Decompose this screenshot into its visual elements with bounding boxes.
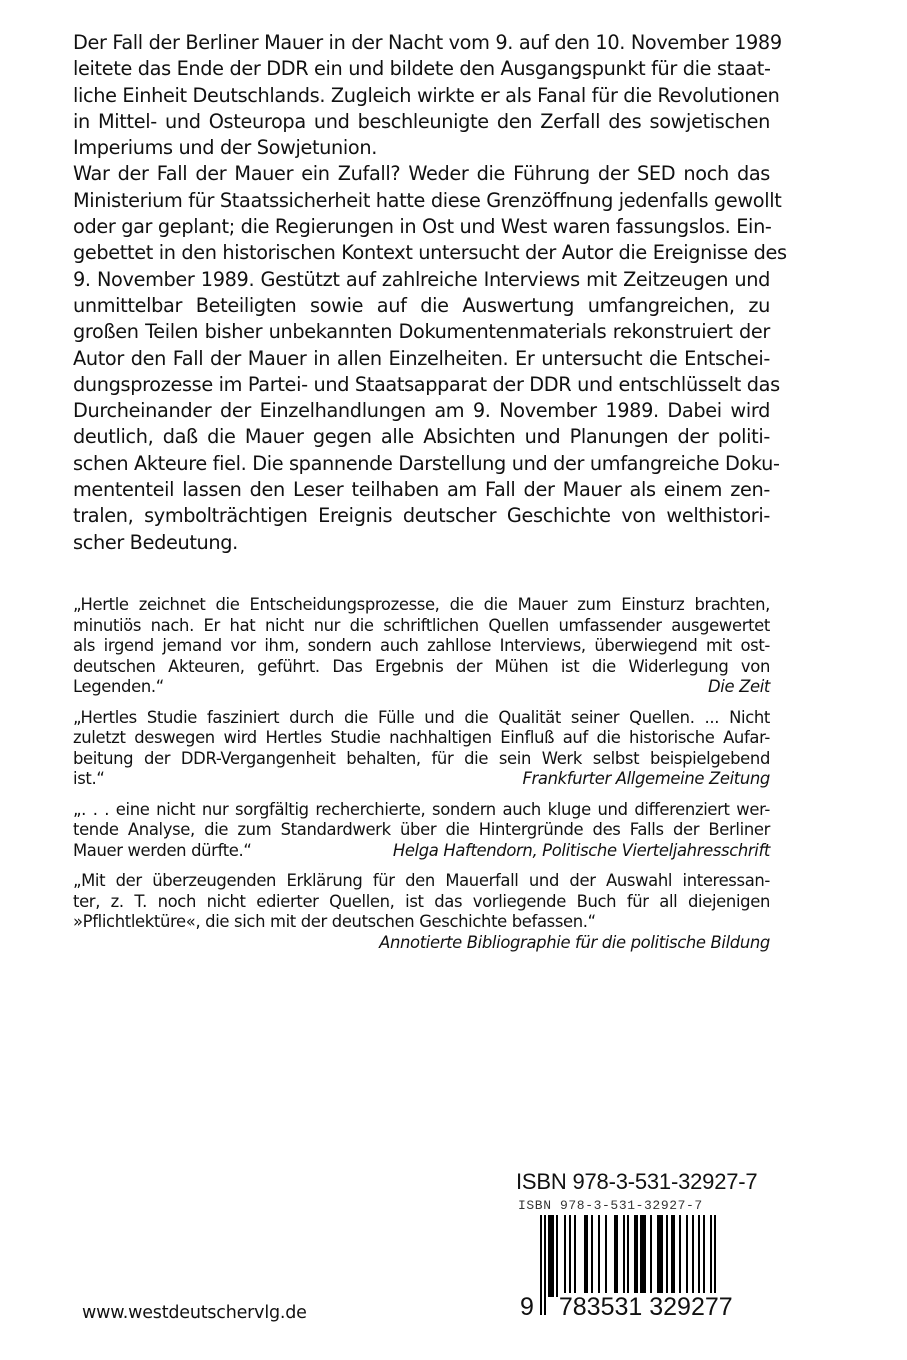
isbn-label: ISBN 978-3-531-32927-7 <box>516 1169 757 1195</box>
barcode-digits: 9 783531 329277 <box>519 1293 734 1322</box>
description-line: Imperiums und der Sowjetunion. <box>73 135 770 161</box>
review-line: »Pflichtlektüre«, die sich mit der deuts… <box>73 912 770 933</box>
review-bibliographie: „Mit der überzeugenden Erklärung für den… <box>73 871 770 953</box>
description-line: oder gar geplant; die Regierungen in Ost… <box>73 214 770 240</box>
description-line: leitete das Ende der DDR ein und bildete… <box>73 56 770 82</box>
review-die-zeit: „Hertle zeichnet die Entscheidungsprozes… <box>73 595 770 698</box>
review-line: „. . . eine nicht nur sorgfältig recherc… <box>73 800 770 821</box>
description-line: deutlich, daß die Mauer gegen alle Absic… <box>73 424 770 450</box>
review-last-row: ist.“ Frankfurter Allgemeine Zeitung <box>73 769 770 790</box>
review-source: Die Zeit <box>708 677 770 698</box>
description-line: Durcheinander der Einzelhandlungen am 9.… <box>73 398 770 424</box>
description-line: mententeil lassen den Leser teilhaben am… <box>73 477 770 503</box>
description-line: unmittelbar Beteiligten sowie auf die Au… <box>73 293 770 319</box>
review-line: beitung der DDR-Vergangenheit behalten, … <box>73 749 770 770</box>
review-line: Legenden.“ <box>73 677 164 698</box>
review-line: minutiös nach. Er hat nicht nur die schr… <box>73 616 770 637</box>
description-line: gebettet in den historischen Kontext unt… <box>73 240 770 266</box>
review-source: Helga Haftendorn, Politische Vierteljahr… <box>393 841 770 862</box>
description-line: scher Bedeutung. <box>73 530 770 556</box>
review-line: „Hertle zeichnet die Entscheidungsprozes… <box>73 595 770 616</box>
review-last-row: Legenden.“ Die Zeit <box>73 677 770 698</box>
review-last-row: Mauer werden dürfte.“ Helga Haftendorn, … <box>73 841 770 862</box>
description-line: liche Einheit Deutschlands. Zugleich wir… <box>73 83 770 109</box>
description-line: Autor den Fall der Mauer in allen Einzel… <box>73 346 770 372</box>
review-line: deutschen Akteuren, geführt. Das Ergebni… <box>73 657 770 678</box>
description-line: in Mittel- und Osteuropa und beschleunig… <box>73 109 770 135</box>
review-line: zuletzt deswegen wird Hertles Studie nac… <box>73 728 770 749</box>
review-haftendorn: „. . . eine nicht nur sorgfältig recherc… <box>73 800 770 862</box>
description-line: Ministerium für Staatssicherheit hatte d… <box>73 188 770 214</box>
review-line: „Hertles Studie fasziniert durch die Fül… <box>73 708 770 729</box>
review-line: Mauer werden dürfte.“ <box>73 841 252 862</box>
review-line: ter, z. T. noch nicht edierter Quellen, … <box>73 892 770 913</box>
review-source: Frankfurter Allgemeine Zeitung <box>522 769 770 790</box>
barcode-digits-rest: 783531 329277 <box>558 1293 734 1321</box>
review-line: ist.“ <box>73 769 104 790</box>
isbn-machine-label: ISBN 978-3-531-32927-7 <box>518 1198 703 1213</box>
description-line: tralen, symbolträchtigen Ereignis deutsc… <box>73 503 770 529</box>
review-line: tende Analyse, die zum Standardwerk über… <box>73 820 770 841</box>
publisher-url[interactable]: www.westdeutschervlg.de <box>82 1303 307 1323</box>
review-line: „Mit der überzeugenden Erklärung für den… <box>73 871 770 892</box>
review-line: als irgend jemand vor ihm, sondern auch … <box>73 636 770 657</box>
book-description: Der Fall der Berliner Mauer in der Nacht… <box>73 30 770 556</box>
review-source: Annotierte Bibliographie für die politis… <box>73 933 770 954</box>
press-reviews: „Hertle zeichnet die Entscheidungsprozes… <box>73 595 770 963</box>
book-back-cover: Der Fall der Berliner Mauer in der Nacht… <box>0 0 907 1360</box>
barcode-digit-lead: 9 <box>519 1293 535 1321</box>
description-line: War der Fall der Mauer ein Zufall? Weder… <box>73 161 770 187</box>
description-line: schen Akteure fiel. Die spannende Darste… <box>73 451 770 477</box>
description-line: 9. November 1989. Gestützt auf zahlreich… <box>73 267 770 293</box>
description-line: großen Teilen bisher unbekannten Dokumen… <box>73 319 770 345</box>
description-line: Der Fall der Berliner Mauer in der Nacht… <box>73 30 770 56</box>
review-faz: „Hertles Studie fasziniert durch die Fül… <box>73 708 770 790</box>
description-line: dungsprozesse im Partei- und Staatsappar… <box>73 372 770 398</box>
